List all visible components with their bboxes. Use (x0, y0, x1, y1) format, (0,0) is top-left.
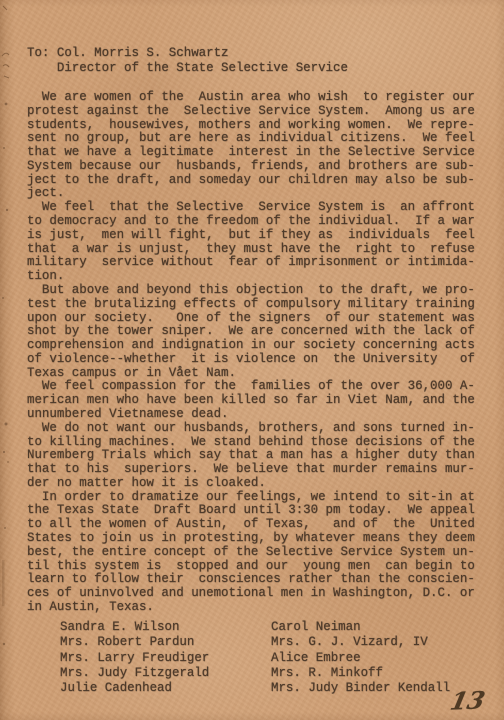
pencil-scribble (2, 6, 9, 78)
page-edge-marks (0, 0, 24, 720)
recipient-address: To: Col. Morris S. Schwartz Director of … (27, 46, 348, 76)
signature-column-left: Sandra E. Wilson Mrs. Robert Pardun Mrs.… (60, 620, 209, 696)
letter-body-text: We are women of the Austin area who wish… (27, 91, 475, 615)
handwritten-page-number: 13 (448, 685, 488, 715)
signature-column-right: Carol Neiman Mrs. G. J. Vizard, IV Alice… (271, 620, 450, 696)
letter-page: To: Col. Morris S. Schwartz Director of … (0, 0, 504, 720)
